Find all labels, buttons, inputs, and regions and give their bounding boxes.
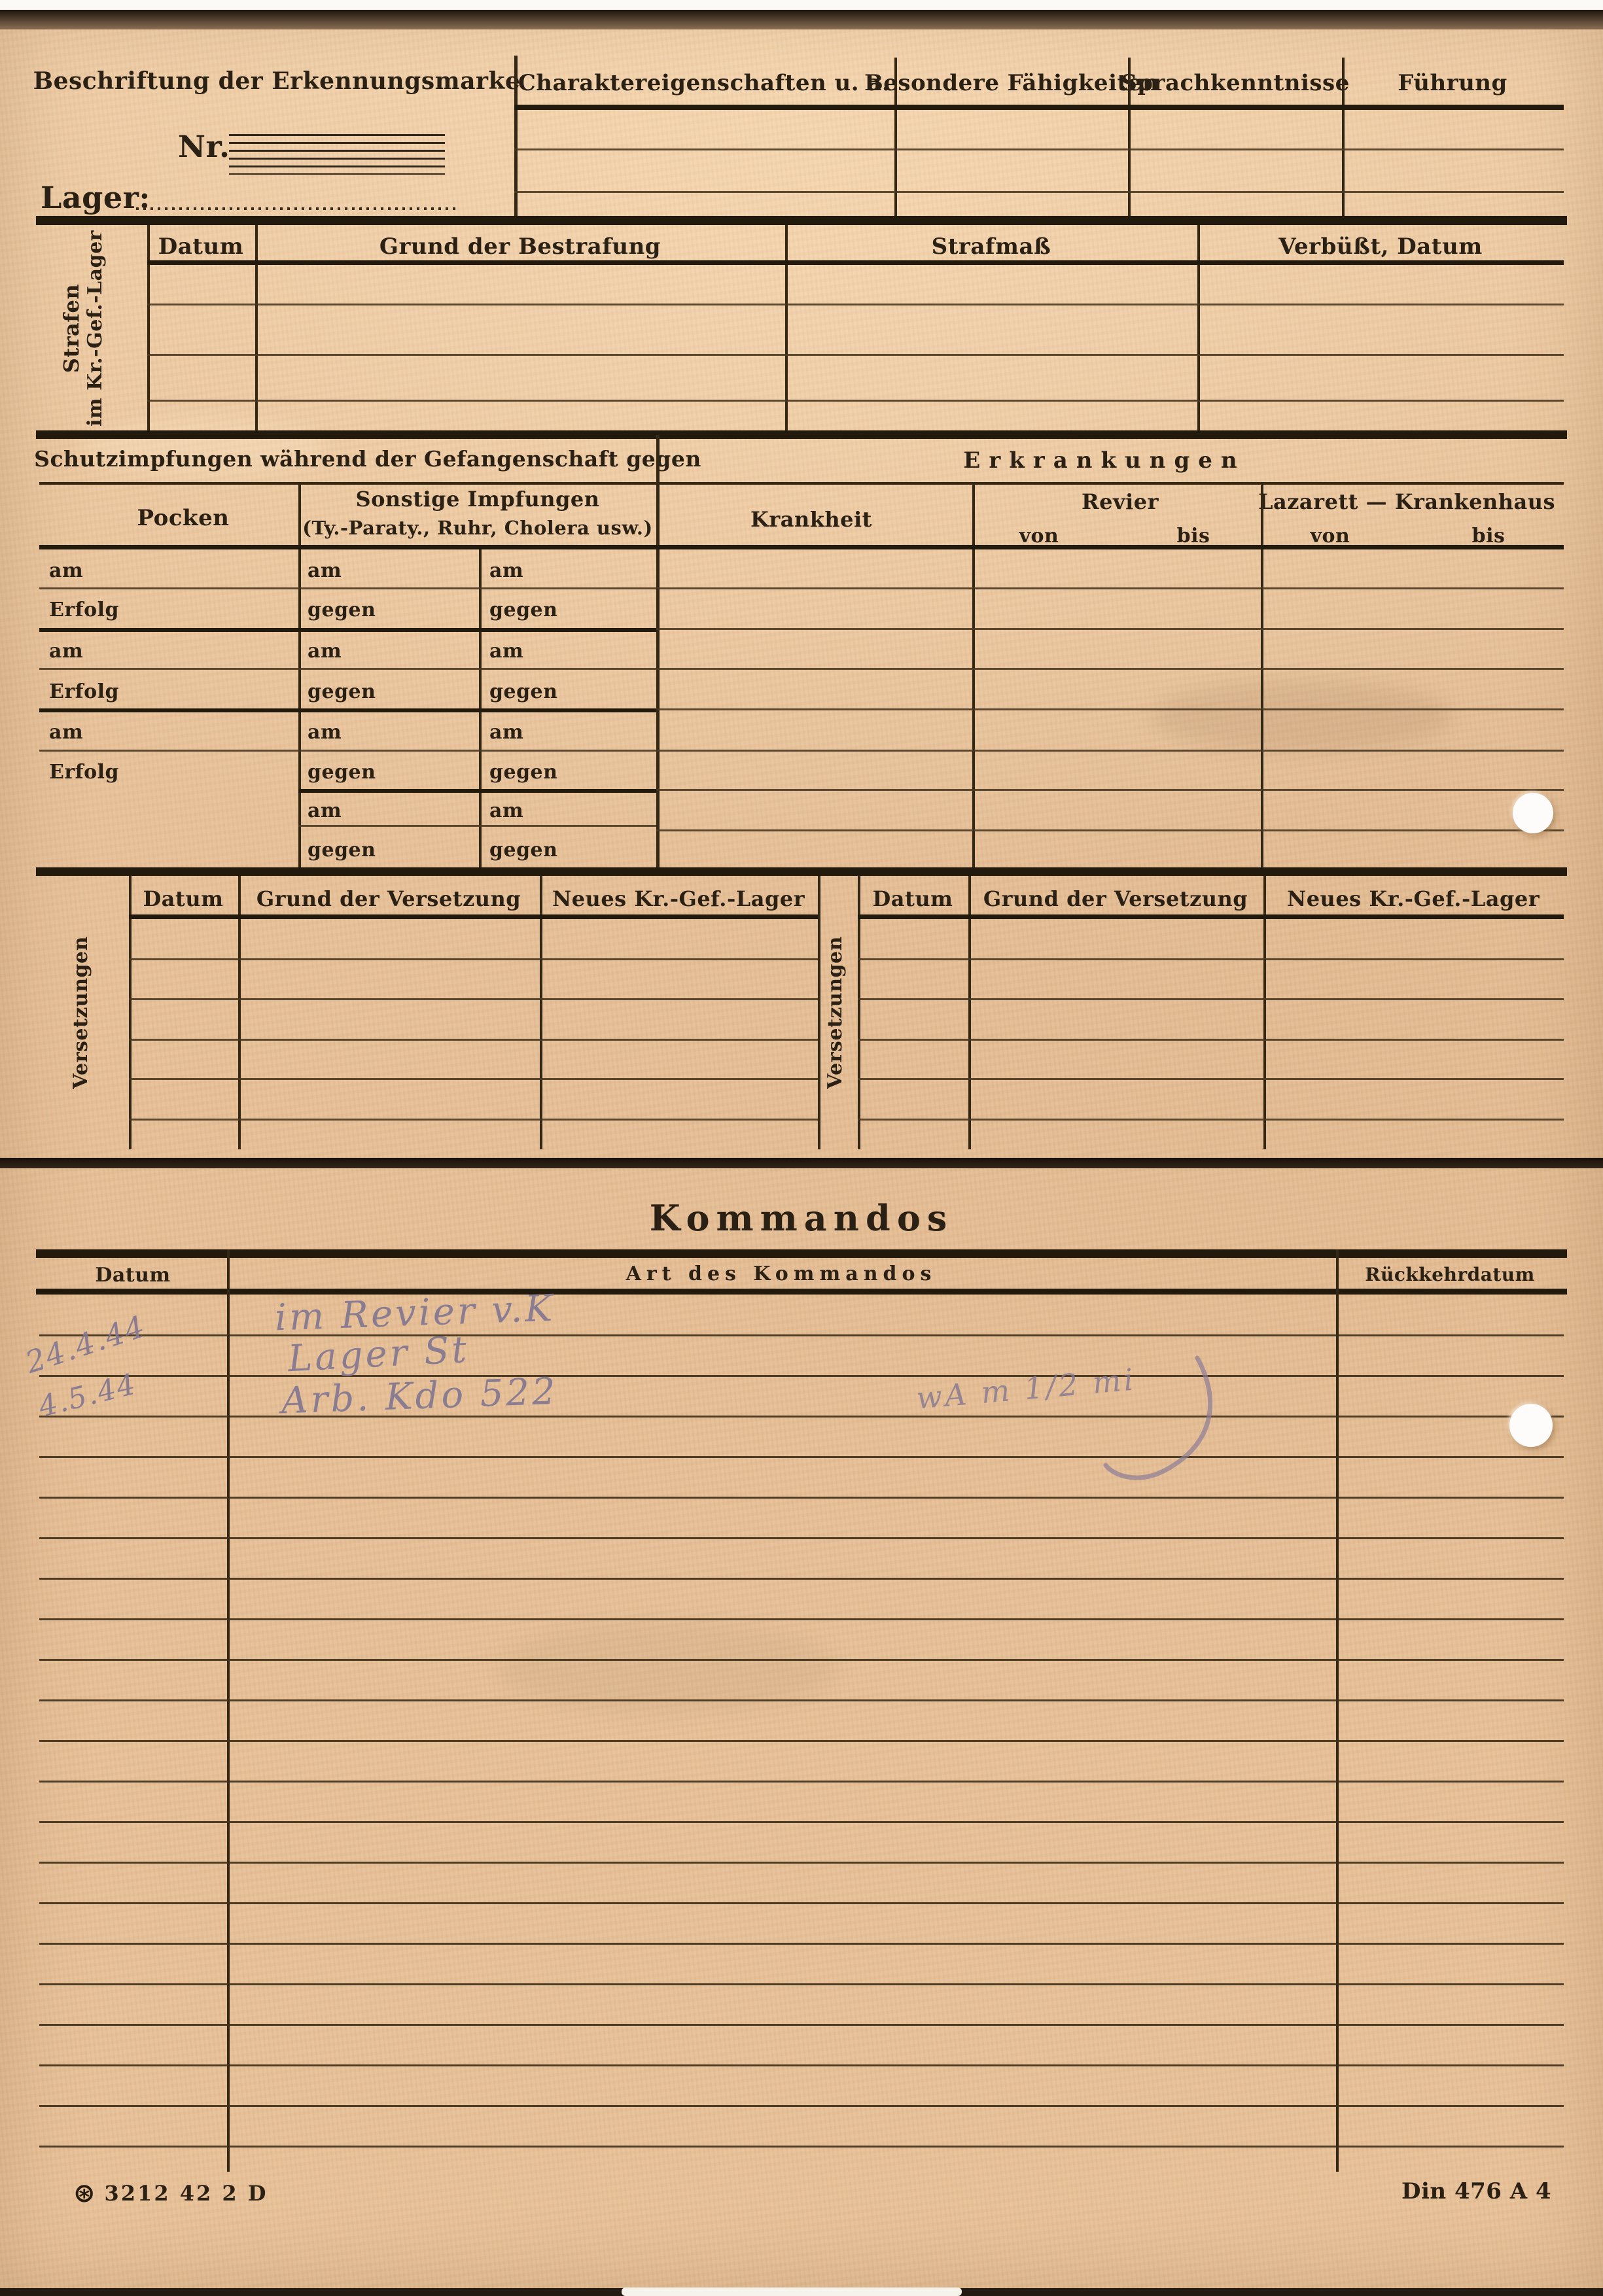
impfung-am-label: am: [308, 799, 342, 822]
impfung-gegen-label: gegen: [308, 599, 376, 621]
divider: [656, 668, 1564, 670]
strafen-col-grund: Grund der Bestrafung: [379, 234, 661, 260]
divider: [39, 668, 656, 670]
identity-box: Beschriftung der Erkennungsmarke Nr. Lag…: [39, 56, 514, 219]
pocken-am-label: am: [49, 559, 83, 582]
divider: [129, 1039, 818, 1041]
divider: [656, 829, 1564, 831]
sonstige-label-1: Sonstige Impfungen: [355, 487, 599, 512]
lager-label: Lager:: [41, 180, 150, 215]
impfung-gegen-label: gegen: [489, 680, 557, 703]
impfung-gegen-label: gegen: [489, 839, 557, 861]
divider: [858, 1078, 1564, 1080]
impfung-am-label: am: [489, 640, 523, 663]
versetzungen-col-neues: Neues Kr.-Gef.-Lager: [552, 886, 805, 911]
strafen-col-verbuesst: Verbüßt, Datum: [1278, 234, 1482, 260]
pocken-label: Pocken: [137, 505, 230, 531]
impfungen-title: Schutzimpfungen während der Gefangenscha…: [34, 446, 701, 472]
versetzungen-col-grund: Grund der Versetzung: [256, 886, 521, 911]
divider: [129, 914, 818, 919]
kommandos-col-art: Art des Kommandos: [626, 1262, 937, 1285]
card-fold-band: [0, 1158, 1603, 1168]
kommandos-col-rueckkehr: Rückkehrdatum: [1365, 1264, 1535, 1285]
sonstige-label-2: (Ty.-Paraty., Ruhr, Cholera usw.): [302, 517, 652, 539]
revier-von-label: von: [1019, 525, 1059, 548]
top-col-faehigkeiten: Besondere Fähigkeiten: [864, 70, 1159, 96]
printer-mark-icon: ⊛: [73, 2178, 96, 2208]
lazarett-von-label: von: [1311, 525, 1350, 548]
nr-ruled-field: [229, 134, 445, 175]
divider: [858, 998, 1564, 1000]
divider: [656, 708, 1564, 710]
section-border: [36, 867, 1567, 876]
divider: [298, 825, 656, 827]
divider: [972, 482, 975, 872]
impfung-am-label: am: [489, 799, 523, 822]
nr-label: Nr.: [178, 129, 230, 164]
impfung-am-label: am: [308, 559, 342, 582]
hole-punch: [1509, 1404, 1553, 1447]
versetzungen-side-label-right: Versetzungen: [824, 914, 853, 1111]
divider: [147, 304, 1564, 305]
divider: [656, 587, 1564, 589]
kommandos-title: Kommandos: [650, 1197, 953, 1239]
divider: [39, 587, 656, 589]
versetzungen-col-grund: Grund der Versetzung: [983, 886, 1248, 911]
divider: [298, 482, 301, 872]
divider: [129, 958, 818, 960]
divider: [298, 789, 656, 793]
lazarett-label: Lazarett — Krankenhaus: [1258, 489, 1555, 514]
revier-label: Revier: [1082, 489, 1159, 514]
impfung-gegen-label: gegen: [308, 680, 376, 703]
divider: [858, 958, 1564, 960]
divider: [39, 750, 656, 752]
divider: [858, 1119, 1564, 1121]
print-code-block: ⊛ 3212 42 2 D: [73, 2178, 268, 2208]
divider: [858, 1039, 1564, 1041]
krankheit-label: Krankheit: [750, 507, 872, 532]
lager-dotted-field: [136, 207, 457, 210]
print-code: 3212 42 2 D: [105, 2181, 268, 2206]
top-col-fuehrung: Führung: [1398, 70, 1507, 96]
divider: [147, 260, 1564, 265]
impfung-am-label: am: [308, 721, 342, 744]
strafen-col-datum: Datum: [158, 234, 243, 260]
divider: [39, 708, 656, 712]
versetzungen-side-label-left: Versetzungen: [69, 914, 98, 1111]
divider: [147, 354, 1564, 356]
divider: [39, 628, 656, 632]
impfung-gegen-label: gegen: [489, 599, 557, 621]
impfung-am-label: am: [489, 559, 523, 582]
versetzungen-col-neues: Neues Kr.-Gef.-Lager: [1287, 886, 1540, 911]
identity-box-title: Beschriftung der Erkennungsmarke: [33, 67, 521, 95]
divider: [858, 914, 1564, 919]
divider: [656, 789, 1564, 791]
kommandos-ruled-rows: [39, 1334, 1564, 2148]
divider: [818, 876, 820, 1149]
pocken-am-label: am: [49, 721, 83, 744]
divider: [129, 998, 818, 1000]
strafen-col-strafmass: Strafmaß: [932, 234, 1051, 260]
divider: [129, 1119, 818, 1121]
top-col-charakter: Charaktereigenschaften u. a.: [518, 70, 890, 96]
lazarett-bis-label: bis: [1472, 525, 1506, 548]
scan-top-white-edge: [0, 0, 1603, 10]
pocken-erfolg-label: Erfolg: [49, 761, 119, 784]
strafen-side-label: Strafen im Kr.-Gef.-Lager: [59, 230, 124, 426]
divider: [147, 400, 1564, 402]
scan-top-dark-edge: [0, 10, 1603, 29]
divider: [656, 628, 1564, 630]
pocken-erfolg-label: Erfolg: [49, 599, 119, 621]
prisoner-record-card: Beschriftung der Erkennungsmarke Nr. Lag…: [0, 0, 1603, 2296]
impfung-gegen-label: gegen: [489, 761, 557, 784]
versetzungen-col-datum: Datum: [873, 886, 953, 911]
divider: [39, 482, 1564, 485]
pocken-erfolg-label: Erfolg: [49, 680, 119, 703]
versetzungen-col-datum: Datum: [143, 886, 224, 911]
impfung-gegen-label: gegen: [308, 839, 376, 861]
top-col-sprachen: Sprachkenntnisse: [1121, 70, 1350, 96]
divider: [656, 750, 1564, 752]
divider: [656, 435, 660, 872]
revier-bis-label: bis: [1177, 525, 1210, 548]
paper-stain: [1152, 680, 1453, 752]
section-border: [36, 430, 1567, 439]
impfung-am-label: am: [308, 640, 342, 663]
impfung-gegen-label: gegen: [308, 761, 376, 784]
impfung-am-label: am: [489, 721, 523, 744]
scan-bottom-white-notch: [622, 2287, 962, 2296]
din-code: Din 476 A 4: [1401, 2178, 1551, 2204]
section-border: [36, 216, 1567, 225]
divider: [1261, 482, 1263, 872]
divider: [129, 1078, 818, 1080]
pocken-am-label: am: [49, 640, 83, 663]
erkrankungen-title: Erkrankungen: [963, 447, 1245, 474]
divider: [514, 148, 1564, 150]
handwritten-flourish: [1060, 1353, 1217, 1484]
kommandos-col-datum: Datum: [95, 1264, 170, 1287]
divider: [514, 191, 1564, 193]
hole-punch: [1513, 793, 1553, 833]
divider: [39, 545, 1564, 549]
divider: [514, 105, 1564, 110]
